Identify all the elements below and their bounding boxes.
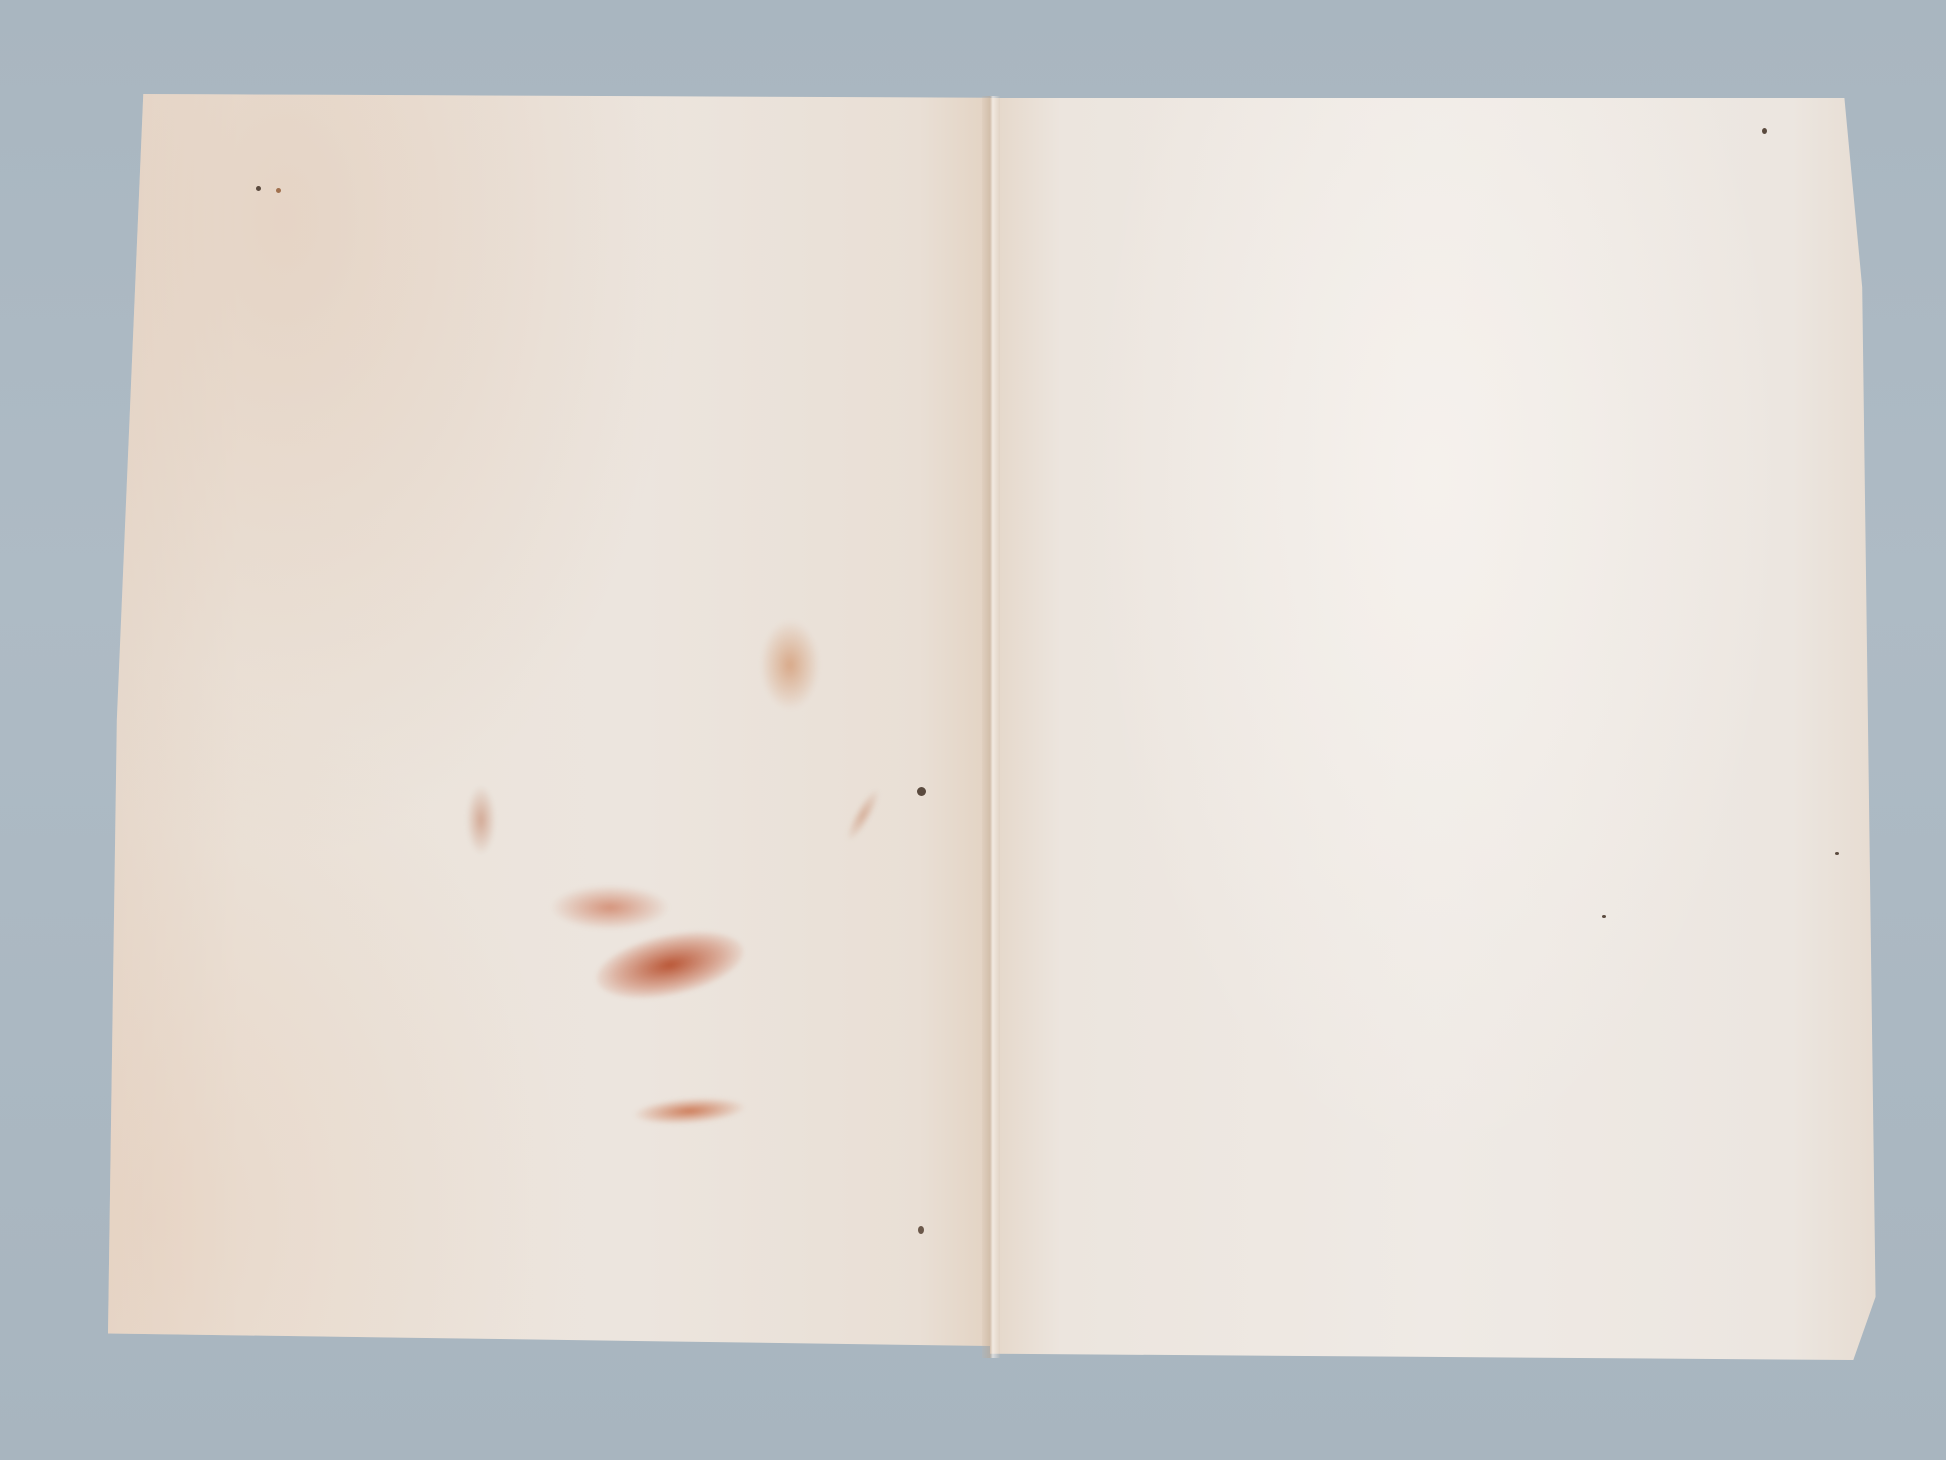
paper-sheet-photo: [0, 0, 1946, 1460]
stain-mid-left-smudge: [550, 885, 670, 930]
speck: [918, 1226, 924, 1234]
speck: [917, 787, 926, 796]
speck: [1602, 915, 1606, 918]
paper-left-half: [108, 94, 990, 1346]
speck: [1835, 852, 1839, 855]
paper-right-half: [990, 98, 1880, 1360]
speck: [1762, 128, 1767, 134]
paper-fold-crease: [982, 96, 1000, 1358]
stain-left-mark: [466, 785, 496, 855]
stain-upper-smudge: [760, 620, 820, 710]
speck: [256, 186, 261, 191]
speck: [276, 188, 281, 193]
